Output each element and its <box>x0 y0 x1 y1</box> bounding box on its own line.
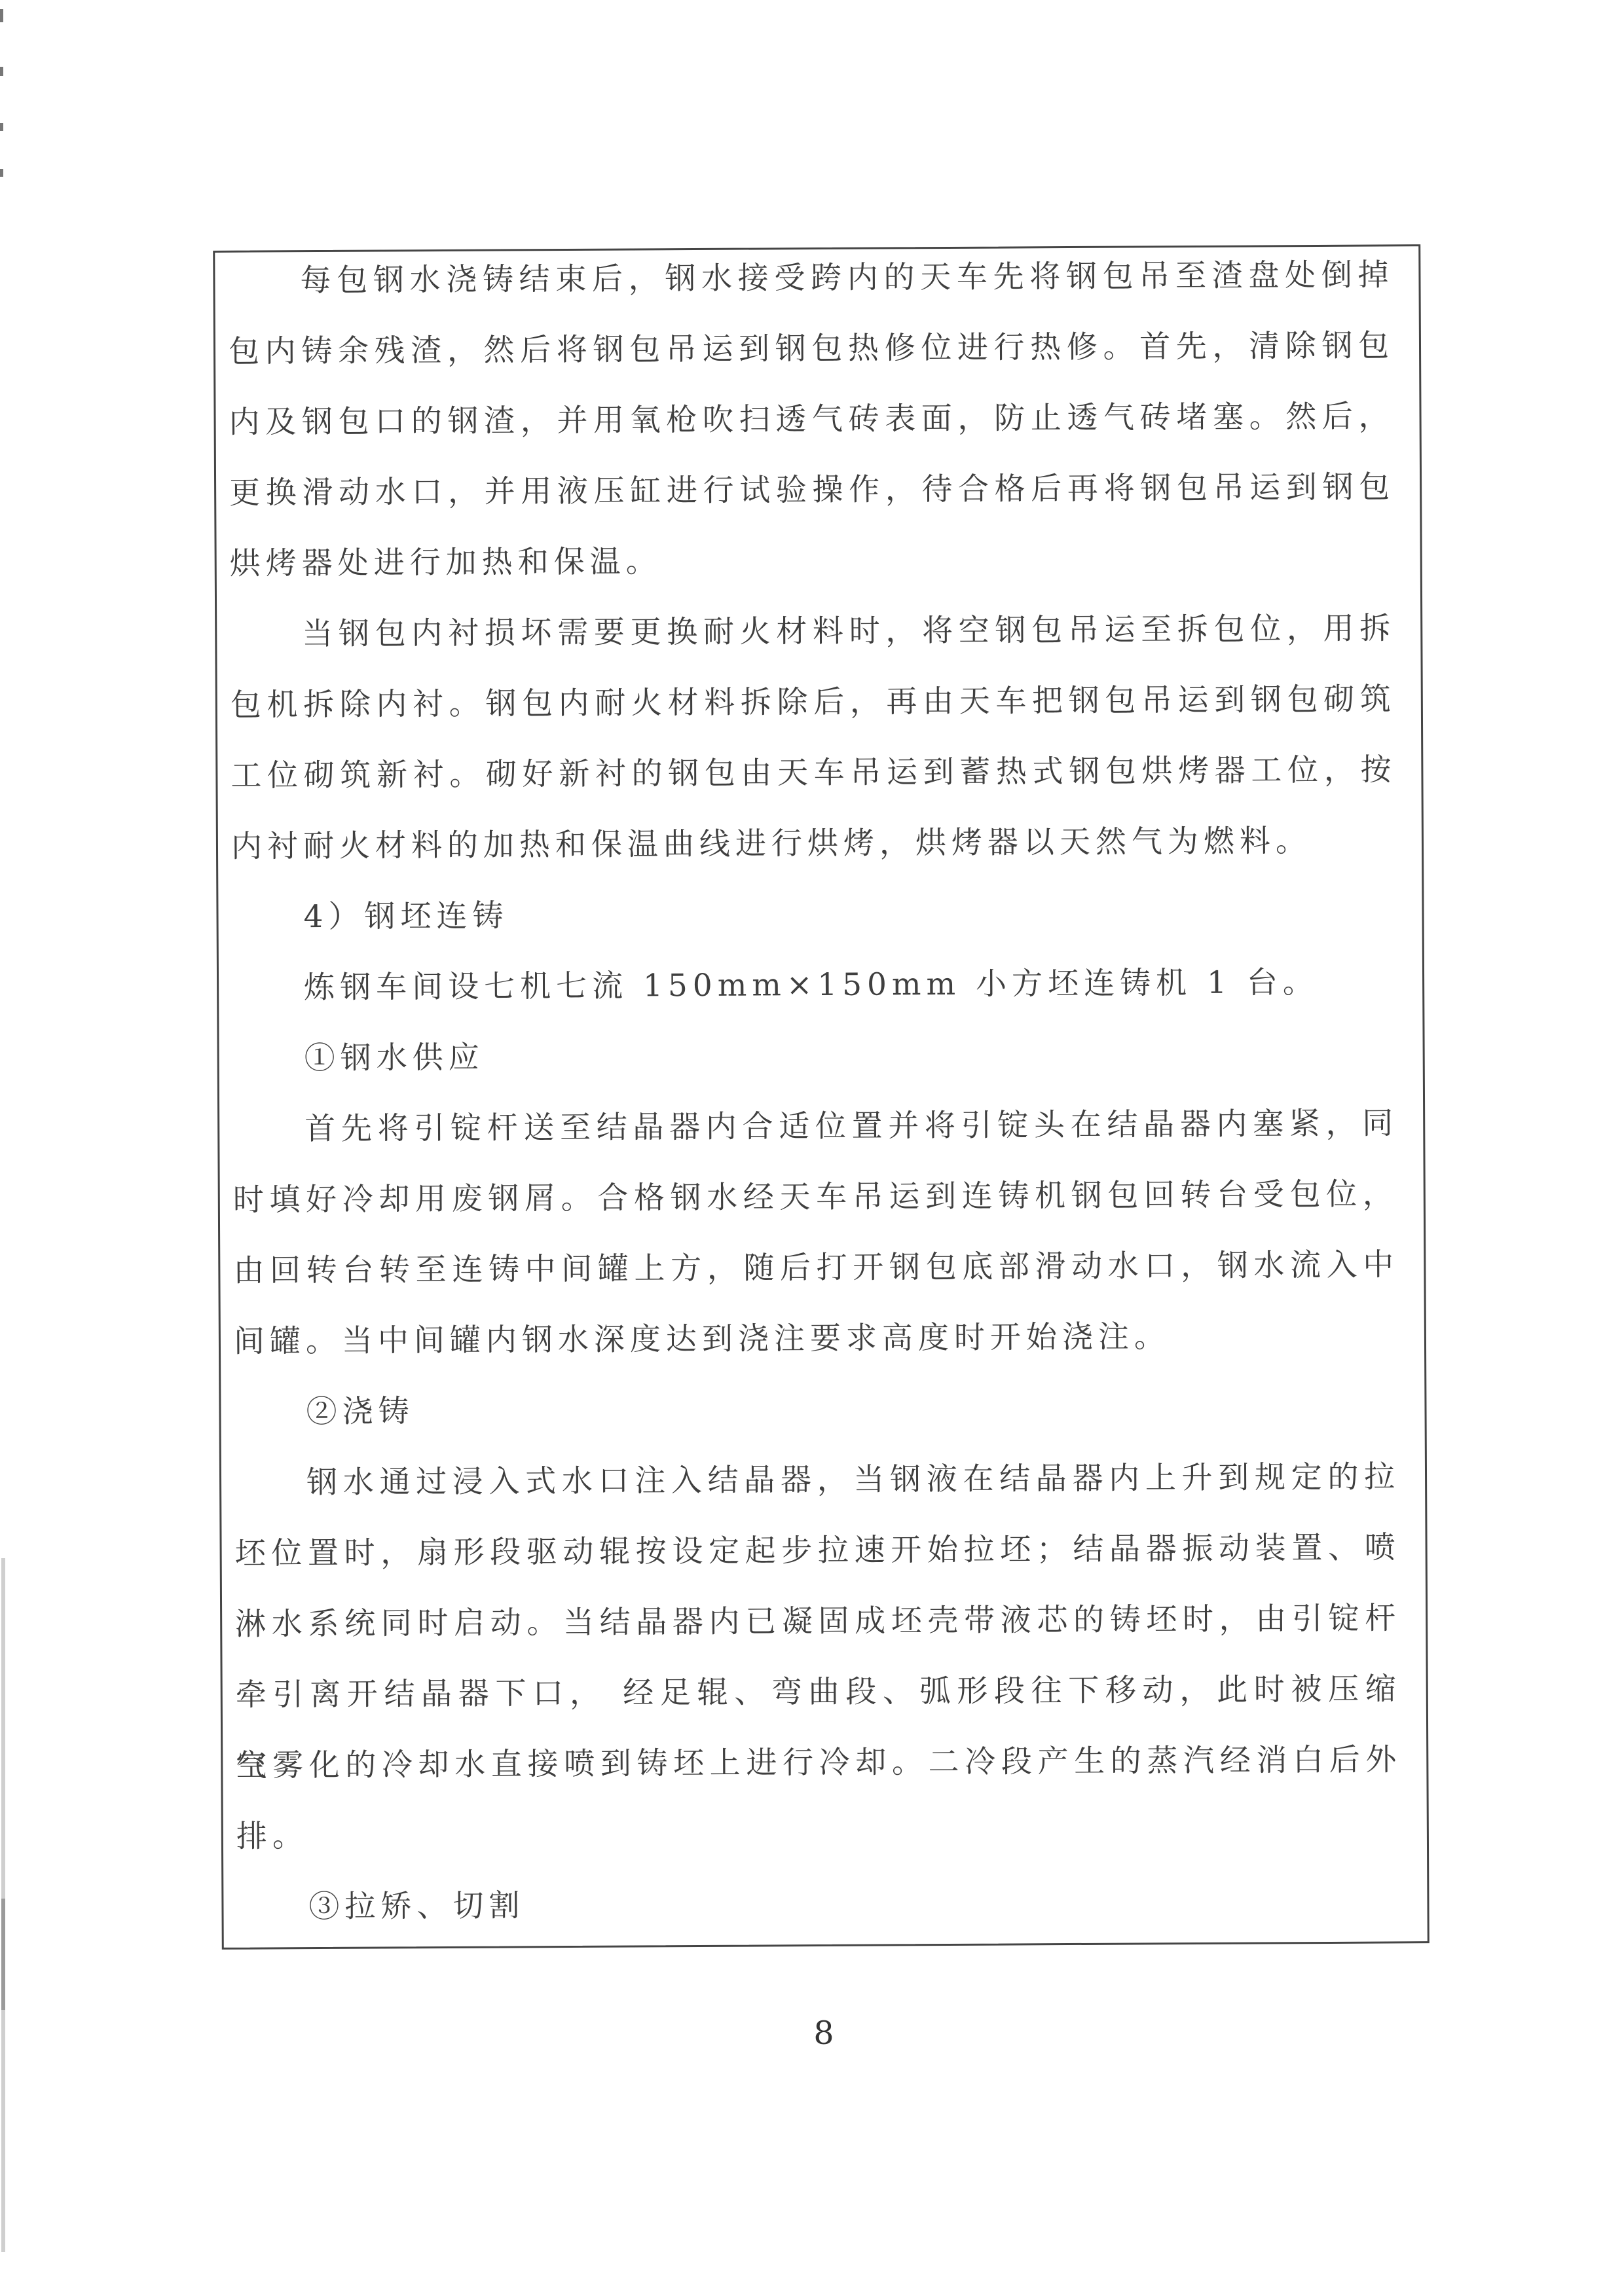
text-border-frame: 每包钢水浇铸结束后，钢水接受跨内的天车先将钢包吊至渣盘处倒掉 包内铸余残渣，然后… <box>213 244 1430 1950</box>
paragraph-line: 时填好冷却用废钢屑。合格钢水经天车吊运到连铸机钢包回转台受包位， <box>233 1159 1399 1235</box>
scanner-edge-streak <box>1 1899 5 2010</box>
paragraph-line: 间罐。当中间罐内钢水深度达到浇注要求高度时开始浇注。 <box>234 1300 1400 1377</box>
paragraph-line: 坯位置时，扇形段驱动辊按设定起步拉速开始拉坯；结晶器振动装置、喷 <box>234 1512 1401 1589</box>
paragraph-line: 首先将引锭杆送至结晶器内合适位置并将引锭头在结晶器内塞紧，同 <box>232 1088 1399 1165</box>
heading-molten-steel-supply: ①钢水供应 <box>232 1017 1398 1094</box>
scanner-edge-artifact <box>0 9 3 22</box>
scanner-edge-artifact <box>0 169 3 177</box>
document-body-text: 每包钢水浇铸结束后，钢水接受跨内的天车先将钢包吊至渣盘处倒掉 包内铸余残渣，然后… <box>228 240 1403 1942</box>
paragraph-line: 包内铸余残渣，然后将钢包吊运到钢包热修位进行热修。首先，清除钢包 <box>229 310 1395 387</box>
heading-straightening-cutting: ③拉矫、切割 <box>236 1866 1403 1942</box>
paragraph-line: 气雾化的冷却水直接喷到铸坯上进行冷却。二冷段产生的蒸汽经消白后外 <box>236 1724 1402 1801</box>
paragraph-line: 当钢包内衬损坏需要更换耐火材料时，将空钢包吊运至拆包位，用拆 <box>230 593 1396 670</box>
paragraph-line: 烘烤器处进行加热和保温。 <box>229 522 1395 599</box>
scanned-document-page: 每包钢水浇铸结束后，钢水接受跨内的天车先将钢包吊至渣盘处倒掉 包内铸余残渣，然后… <box>0 0 1624 2296</box>
paragraph-line: 每包钢水浇铸结束后，钢水接受跨内的天车先将钢包吊至渣盘处倒掉 <box>228 240 1394 316</box>
paragraph-line: 工位砌筑新衬。砌好新衬的钢包由天车吊运到蓄热式钢包烘烤器工位，按 <box>231 735 1397 811</box>
scanner-edge-artifact <box>0 67 3 76</box>
scanner-edge-artifact <box>0 123 3 131</box>
page-number: 8 <box>791 2015 857 2052</box>
paragraph-line: 内及钢包口的钢渣，并用氧枪吹扫透气砖表面，防止透气砖堵塞。然后， <box>229 381 1395 458</box>
paragraph-line: 更换滑动水口，并用液压缸进行试验操作，待合格后再将钢包吊运到钢包 <box>229 452 1395 528</box>
paragraph-line: 排。 <box>236 1795 1403 1872</box>
paragraph-line: 内衬耐火材料的加热和保温曲线进行烘烤，烘烤器以天然气为燃料。 <box>231 805 1397 882</box>
heading-casting: ②浇铸 <box>234 1371 1400 1448</box>
paragraph-line: 牵引离开结晶器下口， 经足辊、弯曲段、弧形段往下移动，此时被压缩空 <box>235 1654 1401 1730</box>
paragraph-line: 钢水通过浸入式水口注入结晶器，当钢液在结晶器内上升到规定的拉 <box>234 1442 1401 1518</box>
heading-steel-billet-casting: 4）钢坯连铸 <box>231 876 1397 953</box>
paragraph-line: 包机拆除内衬。钢包内耐火材料拆除后，再由天车把钢包吊运到钢包砌筑 <box>231 664 1397 740</box>
paragraph-line: 炼钢车间设七机七流 150mm×150mm 小方坯连铸机 1 台。 <box>232 947 1398 1023</box>
paragraph-line: 淋水系统同时启动。当结晶器内已凝固成坯壳带液芯的铸坯时，由引锭杆 <box>235 1583 1401 1660</box>
paragraph-line: 由回转台转至连铸中间罐上方，随后打开钢包底部滑动水口，钢水流入中 <box>233 1230 1399 1306</box>
